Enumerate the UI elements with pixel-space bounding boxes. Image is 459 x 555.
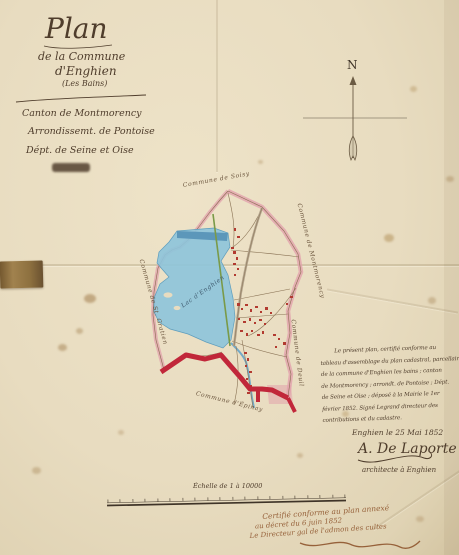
tape-repair <box>0 260 43 288</box>
surveyor-title: architecte à Enghien <box>362 466 436 474</box>
title-line-name: d'Enghien <box>55 64 117 78</box>
stream <box>231 343 254 408</box>
main-road <box>234 208 262 346</box>
departement-line: Dépt. de Seine et Oise <box>26 145 134 156</box>
arrondissement-line: Arrondissemt. de Pontoise <box>28 126 155 137</box>
lake-island <box>164 292 173 297</box>
title-underline-flourish <box>44 45 112 48</box>
title-line-commune: de la Commune <box>38 50 125 63</box>
scanned-map-sheet: Plan de la Commune d'Enghien (Les Bains)… <box>0 0 459 555</box>
certification-date: Enghien le 25 Mai 1852 <box>352 428 443 437</box>
north-label: N <box>347 58 358 72</box>
scale-caption: Échelle de 1 à 10000 <box>193 482 262 490</box>
map-title: Plan <box>45 12 108 45</box>
north-arrow <box>303 76 407 160</box>
approval-signature-scribble <box>300 541 420 548</box>
lake-island <box>174 306 181 310</box>
surveyor-signature: A. De Laporte <box>358 441 457 457</box>
scale-bar <box>107 495 346 506</box>
title-line-subname: (Les Bains) <box>62 79 107 88</box>
certification-note: Le présent plan, certifié conforme au ta… <box>320 342 459 427</box>
main-road-centerline <box>234 208 262 346</box>
title-divider-rule <box>16 95 146 102</box>
canton-line: Canton de Montmorency <box>22 108 142 119</box>
